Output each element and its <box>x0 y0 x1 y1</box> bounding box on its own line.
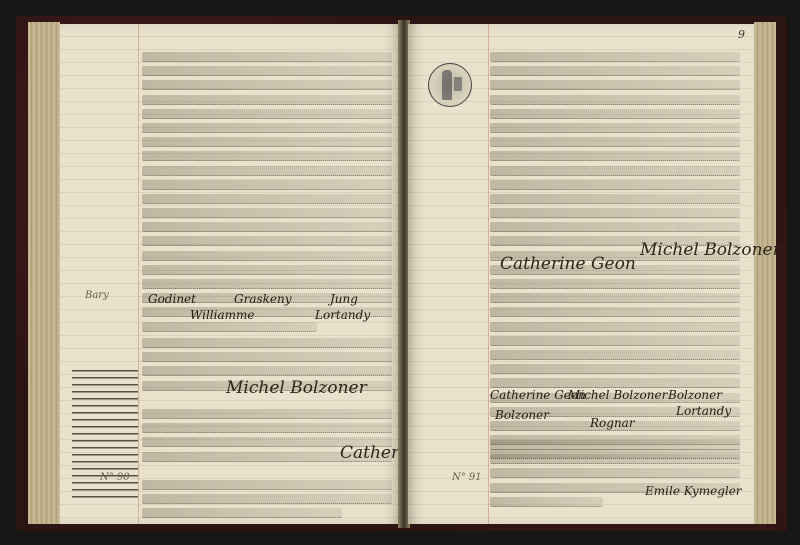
groom-name: Michel Bolzoner <box>640 240 781 260</box>
page-number: 9 <box>738 28 745 41</box>
entry-number: N° 91 <box>452 472 482 483</box>
margin-label: Bary <box>85 290 109 301</box>
signature: Bolzoner <box>668 388 722 402</box>
signature: Lortandy <box>676 404 731 418</box>
right-entry-2-text <box>490 440 740 511</box>
bride-name: Catherine Geon <box>500 254 636 274</box>
signature: Jung <box>330 292 358 306</box>
groom-name: Michel Bolzoner <box>226 378 367 398</box>
stamp-icon <box>428 63 472 107</box>
signature: Graskeny <box>234 292 292 306</box>
groom-name: Emile Kymegler <box>645 484 742 498</box>
signature: Michel Bolzoner <box>568 388 667 402</box>
entry-number: N° 90 <box>100 472 130 483</box>
signature: Williamme <box>190 308 255 322</box>
page-edges-right <box>754 22 776 524</box>
margin-rule <box>138 24 139 524</box>
margin-rule <box>488 24 489 524</box>
signature: Lortandy <box>315 308 370 322</box>
signature: Rognar <box>590 416 635 430</box>
signature: Bolzoner <box>495 408 549 422</box>
left-entry-2-text <box>142 338 392 522</box>
signature: Godinet <box>148 292 196 306</box>
page-edges-left <box>28 22 60 524</box>
